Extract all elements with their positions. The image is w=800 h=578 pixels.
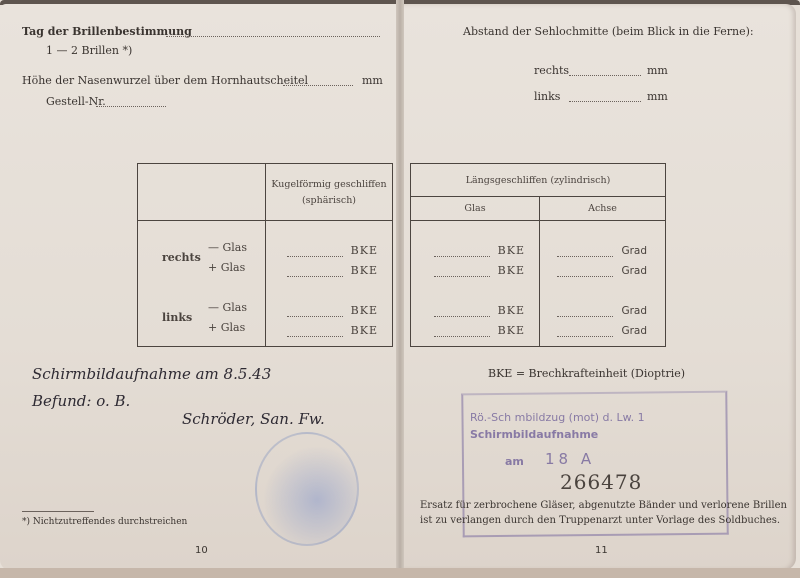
cyl-achse-row: Grad <box>540 237 665 257</box>
page-number-right: 11 <box>595 545 608 556</box>
cylindrical-header: Längsgeschliffen (zylindrisch) <box>411 164 666 197</box>
cyl-achse-row: Grad <box>540 257 665 277</box>
brillen-count: 1 — 2 Brillen *) <box>46 44 132 57</box>
links-label: links <box>534 90 560 103</box>
page-number-left: 10 <box>195 545 208 556</box>
eye-labels-cell: rechts — Glas + Glas links — Glas + Glas <box>138 221 266 347</box>
handwritten-line2: Befund: o. B. <box>32 392 130 410</box>
spherical-values-cell: BKE BKE BKE BKE <box>266 221 393 347</box>
spherical-header-label: Kugelförmig geschliffen <box>266 179 392 190</box>
nasenwurzel-label: Höhe der Nasenwurzel über dem Hornhautsc… <box>22 74 308 87</box>
round-eagle-stamp <box>255 432 359 546</box>
nasenwurzel-unit: mm <box>362 74 383 87</box>
cyl-glas-cell: BKE BKE BKE BKE <box>411 221 540 347</box>
stamp-date: 18 A <box>545 450 595 468</box>
cyl-achse-row: Grad <box>540 297 665 317</box>
stamp-line2: Schirmbildaufnahme <box>470 428 598 441</box>
cyl-achse-row: Grad <box>540 317 665 337</box>
spherical-table: Kugelförmig geschliffen (sphärisch) rech… <box>137 163 393 347</box>
handwritten-signature: Schröder, San. Fw. <box>182 410 325 428</box>
table-corner-cell <box>138 164 266 221</box>
eye-label-rechts: rechts <box>162 251 201 264</box>
stamp-line1: Rö.-Sch mbildzug (mot) d. Lw. 1 <box>470 411 645 424</box>
cyl-glas-row: BKE <box>411 257 539 277</box>
cyl-glas-row: BKE <box>411 237 539 257</box>
glas-label: + Glas <box>208 321 245 334</box>
rechts-mm-field <box>569 67 641 76</box>
book-gutter <box>396 0 404 578</box>
spherical-row: BKE <box>266 257 392 277</box>
spherical-header: Kugelförmig geschliffen (sphärisch) <box>266 164 393 221</box>
title-date-field <box>166 28 380 37</box>
stamp-date-prefix: am <box>505 455 524 468</box>
spherical-row: BKE <box>266 237 392 257</box>
spherical-header-sublabel: (sphärisch) <box>266 195 392 206</box>
replacement-note-line2: ist zu verlangen durch den Truppenarzt u… <box>420 515 780 526</box>
spherical-row: BKE <box>266 297 392 317</box>
rechts-label: rechts <box>534 64 569 77</box>
nasenwurzel-field <box>283 77 353 86</box>
col-glas-header: Glas <box>411 197 540 221</box>
cylindrical-table: Längsgeschliffen (zylindrisch) Glas Achs… <box>410 163 666 347</box>
pupil-distance-label: Abstand der Sehlochmitte (beim Blick in … <box>463 25 754 38</box>
footnote-rule <box>22 511 94 512</box>
bke-legend: BKE = Brechkrafteinheit (Dioptrie) <box>488 367 685 380</box>
cyl-glas-row: BKE <box>411 317 539 337</box>
rechts-unit: mm <box>647 64 668 77</box>
cyl-glas-row: BKE <box>411 297 539 317</box>
spherical-row: BKE <box>266 317 392 337</box>
links-mm-field <box>569 93 641 102</box>
col-achse-header: Achse <box>540 197 666 221</box>
gestell-field <box>96 98 166 107</box>
links-unit: mm <box>647 90 668 103</box>
stamp-number: 266478 <box>560 470 642 494</box>
handwritten-line1: Schirmbildaufnahme am 8.5.43 <box>32 365 271 383</box>
replacement-note-line1: Ersatz für zerbrochene Gläser, abgenutzt… <box>420 500 787 511</box>
soldbuch-spread: Tag der Brillenbestimmung 1 — 2 Brillen … <box>0 0 800 578</box>
eye-label-links: links <box>162 311 192 324</box>
footnote: *) Nichtzutreffendes durchstreichen <box>22 517 187 527</box>
cyl-achse-cell: Grad Grad Grad Grad <box>540 221 666 347</box>
glas-label: + Glas <box>208 261 245 274</box>
glas-label: — Glas <box>208 301 247 314</box>
book-bottom-edge <box>0 568 800 578</box>
glas-label: — Glas <box>208 241 247 254</box>
